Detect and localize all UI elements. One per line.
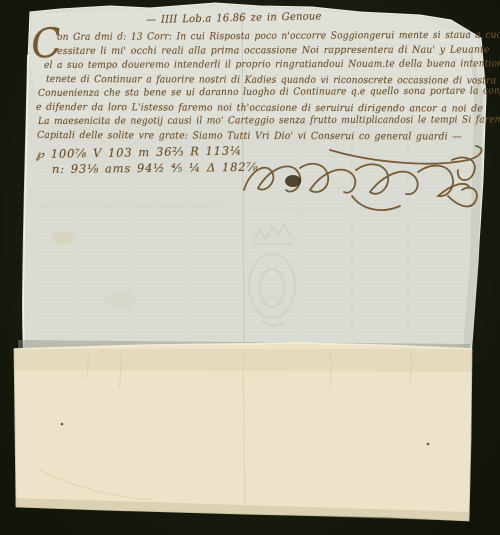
- stain: [104, 291, 136, 309]
- paper-artwork: [0, 0, 500, 535]
- stain: [52, 231, 74, 245]
- letter-photo: — IIII Lob.a 16.86 ze in Genoue C on Gra…: [0, 0, 500, 535]
- sheet-highlight: [30, 5, 480, 120]
- ink-blot: [285, 175, 301, 187]
- ink-speck: [61, 423, 64, 426]
- ink-speck: [427, 443, 430, 446]
